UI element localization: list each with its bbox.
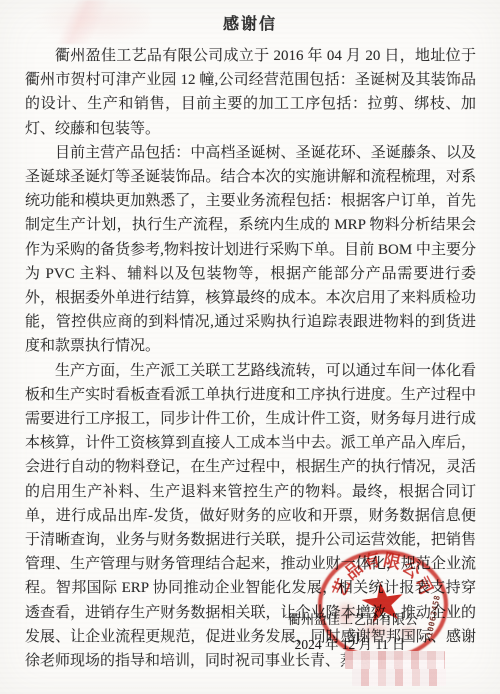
paragraph-company-intro: 衢州盈佳工艺品有限公司成立于 2016 年 04 月 20 日，地址位于衢州市贺… [25, 44, 476, 141]
paragraph-products-workflow: 目前主营产品包括：中高档圣诞树、圣诞花环、圣诞藤条、以及圣诞球圣诞灯等圣诞装饰品… [25, 141, 476, 359]
censored-mosaic-block [352, 669, 446, 686]
censored-mosaic-block [345, 651, 445, 669]
scanned-letter-page: 感谢信 衢州盈佳工艺品有限公司成立于 2016 年 04 月 20 日，地址位于… [0, 0, 500, 694]
company-seal-stamp: ★ 艺 品 有 限 公 司 110063458 [317, 549, 449, 661]
seal-ink-smudge [391, 621, 425, 643]
letter-title: 感谢信 [0, 11, 500, 34]
